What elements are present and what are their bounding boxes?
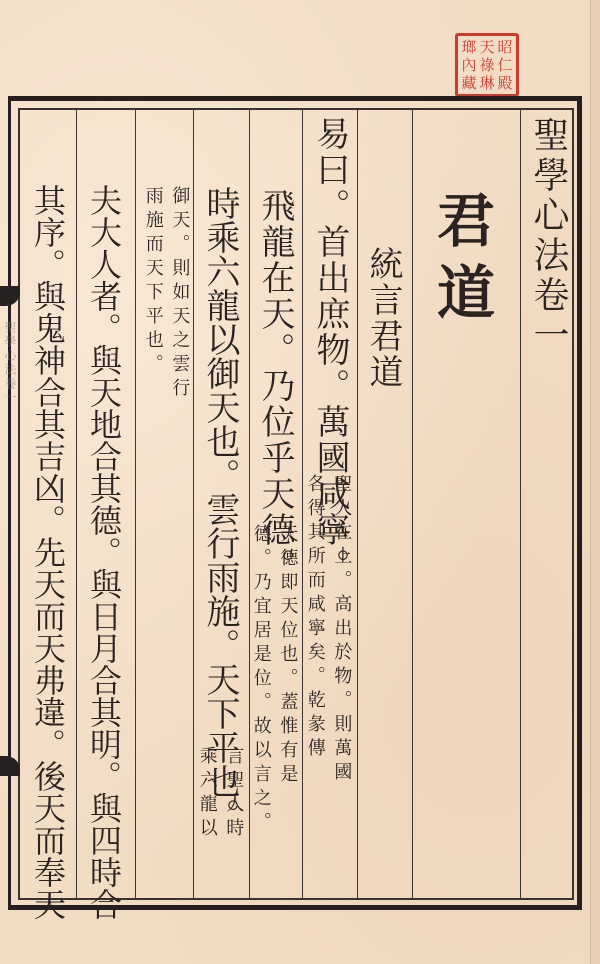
commentary-line: 雨施而天下平也。 <box>142 186 163 402</box>
column-rule <box>302 108 303 900</box>
commentary-line: 天德即天位也。蓋惟有是 <box>277 524 298 836</box>
paper-fold-edge <box>590 0 600 964</box>
center-fold-strip: 聖學心法卷一 <box>0 96 20 910</box>
section-subtitle: 統言君道 <box>366 246 400 390</box>
fishtail-mark-icon <box>0 286 20 306</box>
collector-seal: 昭 仁 殿 天 祿 琳 瑯 內 藏 <box>455 33 519 97</box>
commentary-block: 聖人在上。高出於物。則萬國 各得其所而咸寧矣。乾彖傳 <box>304 474 351 786</box>
seal-char: 瑯 <box>460 38 478 56</box>
seal-char: 藏 <box>460 74 478 92</box>
seal-char: 昭 <box>496 38 514 56</box>
commentary-line: 德。乃宜居是位。故以言之。 <box>250 524 271 836</box>
commentary-line: 言聖人時 <box>223 746 244 842</box>
commentary-line: 乘六龍以 <box>196 746 217 842</box>
chapter-heading: 君道 <box>432 190 490 334</box>
column-rule <box>135 108 136 900</box>
seal-char: 琳 <box>478 74 496 92</box>
commentary-line: 聖人在上。高出於物。則萬國 <box>331 474 352 786</box>
main-text-column: 其序。與鬼神合其吉凶。先天而天弗違。後天而奉天 <box>32 184 64 920</box>
seal-char: 祿 <box>478 56 496 74</box>
commentary-line: 御天。則如天之雲行 <box>169 186 190 402</box>
fold-margin-title: 聖學心法卷一 <box>2 321 19 405</box>
commentary-block: 言聖人時 乘六龍以 <box>196 746 243 842</box>
seal-char: 殿 <box>496 74 514 92</box>
seal-char: 仁 <box>496 56 514 74</box>
column-rule <box>520 108 521 900</box>
commentary-block: 御天。則如天之雲行 雨施而天下平也。 <box>142 186 189 402</box>
fishtail-mark-icon <box>0 756 20 776</box>
main-text-column: 時乘六龍以御天也。雲行雨施。天下平也。 <box>203 186 237 832</box>
column-rule <box>76 108 77 900</box>
column-rule <box>412 108 413 900</box>
column-rule <box>357 108 358 900</box>
main-text-column: 夫大人者。與天地合其德。與日月合其明。與四時合 <box>88 184 120 920</box>
commentary-line: 各得其所而咸寧矣。乾彖傳 <box>304 474 325 786</box>
column-rule <box>193 108 194 900</box>
book-page: 昭 仁 殿 天 祿 琳 瑯 內 藏 聖學心法卷一 聖學心法卷一 君道 統言君道 … <box>0 0 600 964</box>
book-title: 聖學心法卷一 <box>530 116 566 356</box>
seal-char: 天 <box>478 38 496 56</box>
commentary-block: 天德即天位也。蓋惟有是 德。乃宜居是位。故以言之。 <box>250 524 297 836</box>
seal-char: 內 <box>460 56 478 74</box>
